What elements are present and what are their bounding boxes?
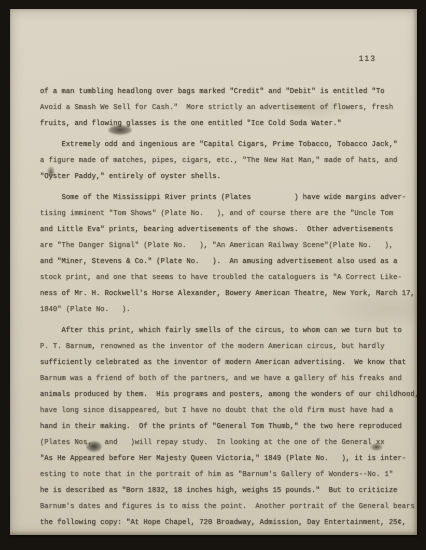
typescript-line: the following copy: "At Hope Chapel, 720… bbox=[40, 515, 413, 531]
typescript-line: hand in their making. Of the prints of "… bbox=[40, 419, 413, 435]
paragraph: Some of the Mississippi River prints (Pl… bbox=[40, 190, 413, 318]
typescript-line: P. T. Barnum, renowned as the inventor o… bbox=[40, 339, 413, 355]
typescript-line: Barnum was a friend of both of the partn… bbox=[40, 371, 413, 387]
page-number: 113 bbox=[10, 55, 376, 64]
typescript-line: Avoid a Smash We Sell for Cash." More st… bbox=[40, 100, 413, 116]
typescript-line: of a man tumbling headlong over bags mar… bbox=[40, 84, 413, 100]
typescript-line: stock print, and one that seems to have … bbox=[40, 270, 413, 286]
typescript-line: (Plates Nos. and )will repay study. In l… bbox=[40, 435, 413, 451]
paragraph: After this print, which fairly smells of… bbox=[40, 323, 413, 531]
typescript-line: have long since disappeared, but I have … bbox=[40, 403, 413, 419]
typescript-line: sufficiently celebrated as the inventor … bbox=[40, 355, 413, 371]
typescript-line: he is described as "Born 1832, 18 inches… bbox=[40, 483, 413, 499]
manuscript-page: 113 of a man tumbling headlong over bags… bbox=[10, 9, 417, 535]
typescript-line: Some of the Mississippi River prints (Pl… bbox=[40, 190, 413, 206]
typescript-line: are "The Danger Signal" (Plate No. ), "A… bbox=[40, 238, 413, 254]
typescript-line: After this print, which fairly smells of… bbox=[40, 323, 413, 339]
typescript-text: of a man tumbling headlong over bags mar… bbox=[40, 84, 413, 531]
paragraph: Extremely odd and ingenious are "Capital… bbox=[40, 137, 413, 185]
paragraph: of a man tumbling headlong over bags mar… bbox=[40, 84, 413, 132]
typescript-line: "As He Appeared before Her Majesty Queen… bbox=[40, 451, 413, 467]
photo-backdrop: 113 of a man tumbling headlong over bags… bbox=[0, 0, 426, 550]
typescript-line: 1840" (Plate No. ). bbox=[40, 302, 413, 318]
typescript-line: animals produced by them. His programs a… bbox=[40, 387, 413, 403]
typescript-line: tising imminent "Tom Shows" (Plate No. )… bbox=[40, 206, 413, 222]
typescript-line: "Oyster Paddy," entirely of oyster shell… bbox=[40, 169, 413, 185]
typescript-line: fruits, and flowing glasses is the one e… bbox=[40, 116, 413, 132]
typescript-line: ness of Mr. H. Rockwell's Horse Alexande… bbox=[40, 286, 413, 302]
typescript-line: and Little Eva" prints, bearing advertis… bbox=[40, 222, 413, 238]
typescript-line: Extremely odd and ingenious are "Capital… bbox=[40, 137, 413, 153]
typescript-line: a figure made of matches, pipes, cigars,… bbox=[40, 153, 413, 169]
typescript-line: esting to note that in the portrait of h… bbox=[40, 467, 413, 483]
typescript-line: Barnum's dates and figures is to miss th… bbox=[40, 499, 413, 515]
typescript-line: and "Miner, Stevens & Co." (Plate No. ).… bbox=[40, 254, 413, 270]
